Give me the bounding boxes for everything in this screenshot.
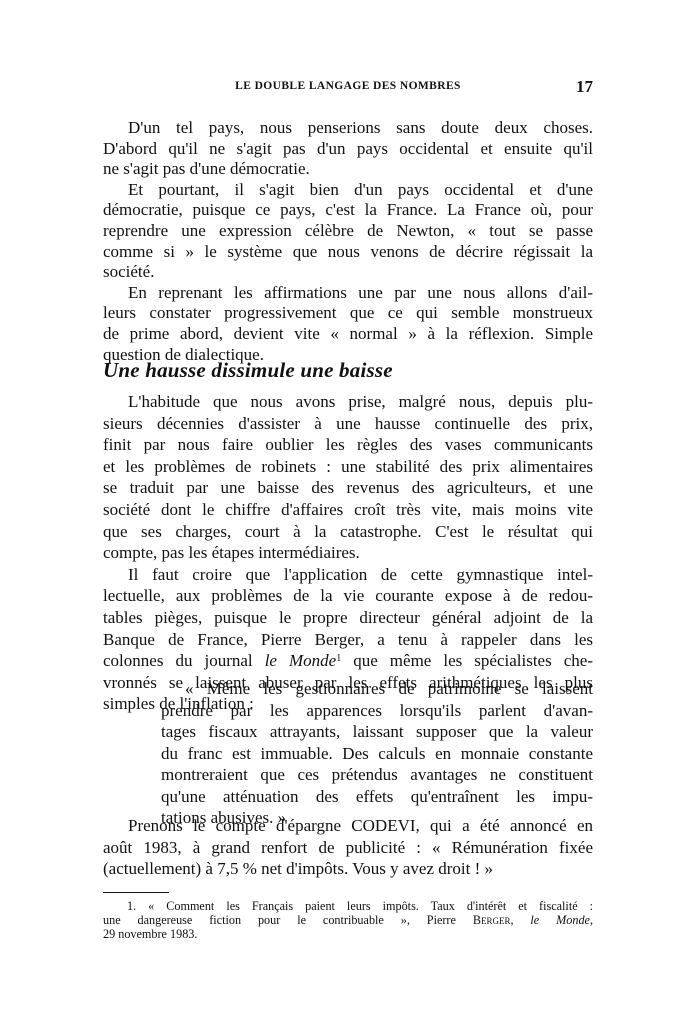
newspaper-title: le Monde — [265, 651, 337, 670]
author-name: Berger — [473, 913, 511, 927]
text-line: (actuellement) à 7,5 % net d'impôts. Vou… — [103, 858, 593, 880]
book-page: LE DOUBLE LANGAGE DES NOMBRES 17 D'un te… — [0, 0, 698, 1024]
text-line: Banque de France, Pierre Berger, a tenu … — [103, 629, 593, 651]
footnote-number: 1. — [127, 899, 136, 913]
text-line: lectuelle, aux problèmes de la vie coura… — [103, 585, 593, 607]
text-line: compte, pas les étapes intermédiaires. — [103, 542, 593, 564]
text-line: En reprenant les affirmations une par un… — [103, 283, 593, 304]
text-line: que ses charges, court à la catastrophe.… — [103, 521, 593, 543]
text-line: se traduit par une baisse des revenus de… — [103, 477, 593, 499]
text-line: reprendre une expression célèbre de Newt… — [103, 221, 593, 242]
footnote-1-line: 1. « Comment les Français paient leurs i… — [103, 899, 593, 913]
quote-line: « Même les gestionnaires de patrimoine s… — [161, 678, 593, 700]
newspaper-title: le Monde, — [530, 913, 593, 927]
section-1-body: D'un tel pays, nous penserions sans dout… — [103, 118, 593, 365]
text-line: Et pourtant, il s'agit bien d'un pays oc… — [103, 180, 593, 201]
text-line: août 1983, à grand renfort de publicité … — [103, 837, 593, 859]
text-line: Prenons le compte d'épargne CODEVI, qui … — [103, 815, 593, 837]
text-line: L'habitude que nous avons prise, malgré … — [103, 391, 593, 413]
text-line: leurs constater progressivement que ce q… — [103, 303, 593, 324]
text-line: D'un tel pays, nous penserions sans dout… — [103, 118, 593, 139]
text-line-with-footnote-ref: colonnes du journal le Monde1 que même l… — [103, 650, 593, 672]
section-2-body: L'habitude que nous avons prise, malgré … — [103, 391, 593, 715]
paragraph-1: D'un tel pays, nous penserions sans dout… — [103, 118, 593, 180]
footnote-text: , — [510, 913, 530, 927]
text-line: sieurs décennies d'assister à une hausse… — [103, 413, 593, 435]
text-line: démocratie, puisque ce pays, c'est la Fr… — [103, 200, 593, 221]
quote-line: du franc est immuable. Des calculs en mo… — [161, 743, 593, 765]
text-line: et les problèmes de robinets : une stabi… — [103, 456, 593, 478]
footnote-text: une dangereuse fiction pour le contribua… — [103, 913, 473, 927]
text-line: ne s'agit pas d'une démocratie. — [103, 159, 593, 180]
footnote-text: « Comment les Français paient leurs impô… — [148, 899, 593, 913]
footnote-1-line: une dangereuse fiction pour le contribua… — [103, 913, 593, 927]
block-quote: « Même les gestionnaires de patrimoine s… — [161, 678, 593, 829]
text-fragment: que même les spécialistes che- — [341, 651, 593, 670]
text-fragment: colonnes du journal — [103, 651, 265, 670]
footnote-separator — [103, 892, 169, 893]
quote-line: tages fiscaux attrayants, laissant suppo… — [161, 721, 593, 743]
paragraph-2: Et pourtant, il s'agit bien d'un pays oc… — [103, 180, 593, 283]
text-line: finit par nous faire oublier les règles … — [103, 434, 593, 456]
paragraph-3: En reprenant les affirmations une par un… — [103, 283, 593, 365]
text-line: tables pièges, puisque le propre directe… — [103, 607, 593, 629]
text-line: de prime abord, devient vite « normal » … — [103, 324, 593, 345]
quote-line: qu'une atténuation des effets qu'entraîn… — [161, 786, 593, 808]
footnote-1-line: 29 novembre 1983. — [103, 927, 593, 941]
running-header: LE DOUBLE LANGAGE DES NOMBRES 17 — [103, 77, 593, 97]
text-line: Il faut croire que l'application de cett… — [103, 564, 593, 586]
page-number: 17 — [576, 77, 593, 97]
text-line: société. — [103, 262, 593, 283]
footnotes: 1. « Comment les Français paient leurs i… — [103, 899, 593, 941]
text-line: société dont le chiffre d'affaires croît… — [103, 499, 593, 521]
paragraph-4: L'habitude que nous avons prise, malgré … — [103, 391, 593, 564]
closing-paragraph: Prenons le compte d'épargne CODEVI, qui … — [103, 815, 593, 880]
text-line: D'abord qu'il ne s'agit pas d'un pays oc… — [103, 139, 593, 160]
section-heading: Une hausse dissimule une baisse — [103, 358, 393, 383]
quote-line: prendre par les apparences lorsqu'ils pa… — [161, 700, 593, 722]
quote-line: montreraient que ces prétendus avantages… — [161, 764, 593, 786]
text-line: comme si » le système que nous venons de… — [103, 242, 593, 263]
running-title: LE DOUBLE LANGAGE DES NOMBRES — [103, 80, 593, 92]
